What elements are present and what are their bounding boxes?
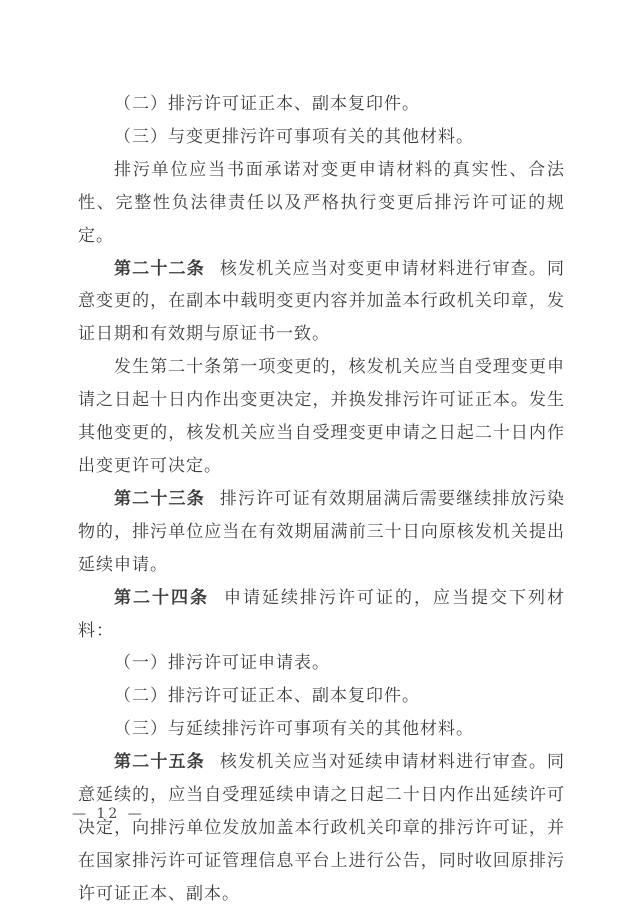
article-25: 第二十五条核发机关应当对延续申请材料进行审查。同意延续的，应当自受理延续申请之日… xyxy=(78,746,565,904)
paragraph-written-commitment: 排污单位应当书面承诺对变更申请材料的真实性、合法性、完整性负法律责任以及严格执行… xyxy=(78,154,565,253)
list-item-renewal-materials-1: （一）排污许可证申请表。 xyxy=(78,647,565,680)
article-25-number: 第二十五条 xyxy=(114,752,205,772)
article-23-number: 第二十三条 xyxy=(114,489,205,509)
article-22-number: 第二十二条 xyxy=(114,259,205,279)
document-page: （二）排污许可证正本、副本复印件。 （三）与变更排污许可事项有关的其他材料。 排… xyxy=(0,0,640,904)
article-24: 第二十四条申请延续排污许可证的，应当提交下列材料： xyxy=(78,582,565,648)
paragraph-change-decision-deadlines: 发生第二十条第一项变更的，核发机关应当自受理变更申请之日起十日内作出变更决定，并… xyxy=(78,351,565,483)
list-item-change-materials-2: （二）排污许可证正本、副本复印件。 xyxy=(78,88,565,121)
list-item-renewal-materials-3: （三）与延续排污许可事项有关的其他材料。 xyxy=(78,713,565,746)
document-body: （二）排污许可证正本、副本复印件。 （三）与变更排污许可事项有关的其他材料。 排… xyxy=(78,88,565,904)
page-number: — 12 — xyxy=(72,806,145,822)
list-item-change-materials-3: （三）与变更排污许可事项有关的其他材料。 xyxy=(78,121,565,154)
page-footer: — 12 — xyxy=(72,806,145,822)
article-22: 第二十二条核发机关应当对变更申请材料进行审查。同意变更的，在副本中载明变更内容并… xyxy=(78,253,565,352)
article-24-number: 第二十四条 xyxy=(114,588,209,608)
article-25-text: 核发机关应当对延续申请材料进行审查。同意延续的，应当自受理延续申请之日起二十日内… xyxy=(78,752,565,904)
list-item-renewal-materials-2: （二）排污许可证正本、副本复印件。 xyxy=(78,680,565,713)
article-23: 第二十三条排污许可证有效期届满后需要继续排放污染物的，排污单位应当在有效期届满前… xyxy=(78,483,565,582)
